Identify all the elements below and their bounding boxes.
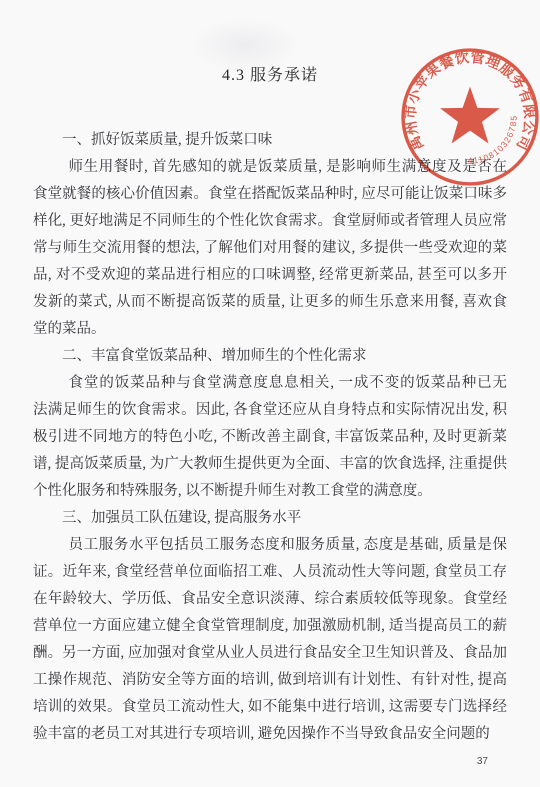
text-line: 验丰富的老员工对其进行专项培训, 避免因操作不当导致食品安全问题的 — [33, 721, 507, 748]
text-line: 培训的效果。食堂员工流动性大, 如不能集中进行培训, 这需要专门选择经 — [33, 694, 507, 721]
text-line: 个性化服务和特殊服务, 以不断提升师生对教工食堂的满意度。 — [33, 478, 507, 505]
section-heading: 二、丰富食堂饭菜品种、增加师生的个性化需求 — [33, 343, 507, 370]
text-line: 工操作规范、消防安全等方面的培训, 做到培训有计划性、有针对性, 提高 — [33, 667, 507, 694]
text-line: 食堂的饭菜品种与食堂满意度息息相关, 一成不变的饭菜品种已无 — [33, 370, 507, 397]
text-line: 谱, 提高饭菜质量, 为广大教师生提供更为全面、丰富的饮食选择, 注重提供 — [33, 451, 507, 478]
text-line: 在年龄较大、学历低、食品安全意识淡薄、综合素质较低等现象。食堂经 — [33, 586, 507, 613]
document-page: 4.3 服务承诺 一、抓好饭菜质量, 提升饭菜口味师生用餐时, 首先感知的就是饭… — [0, 0, 540, 787]
document-body: 一、抓好饭菜质量, 提升饭菜口味师生用餐时, 首先感知的就是饭菜质量, 是影响师… — [33, 127, 507, 748]
text-line: 极引进不同地方的特色小吃, 不断改善主副食, 丰富饭菜品种, 及时更新菜 — [33, 424, 507, 451]
text-line: 法满足师生的饮食需求。因此, 各食堂还应从自身特点和实际情况出发, 积 — [33, 397, 507, 424]
text-line: 发新的菜式, 从而不断提高饭菜的质量, 让更多的师生乐意来用餐, 喜欢食 — [33, 289, 507, 316]
section-heading: 三、加强员工队伍建设, 提高服务水平 — [33, 505, 507, 532]
text-line: 堂的菜品。 — [33, 316, 507, 343]
company-stamp: 禹州市小苹果餐饮管理服务有限公司 4110810326785 — [399, 46, 540, 188]
text-line: 样化, 更好地满足不同师生的个性化饮食需求。食堂厨师或者管理人员应常 — [33, 208, 507, 235]
page-number: 37 — [477, 756, 488, 767]
star-icon — [440, 87, 500, 144]
text-line: 酬。另一方面, 应加强对食堂从业人员进行食品安全卫生知识普及、食品加 — [33, 640, 507, 667]
text-line: 品, 对不受欢迎的菜品进行相应的口味调整, 经常更新菜品, 甚至可以多开 — [33, 262, 507, 289]
text-line: 员工服务水平包括员工服务态度和服务质量, 态度是基础, 质量是保 — [33, 532, 507, 559]
text-line: 证。近年来, 食堂经营单位面临招工难、人员流动性大等问题, 食堂员工存 — [33, 559, 507, 586]
text-line: 营单位一方面应建立健全食堂管理制度, 加强激励机制, 适当提高员工的薪 — [33, 613, 507, 640]
text-line: 常与师生交流用餐的想法, 了解他们对用餐的建议, 多提供一些受欢迎的菜 — [33, 235, 507, 262]
